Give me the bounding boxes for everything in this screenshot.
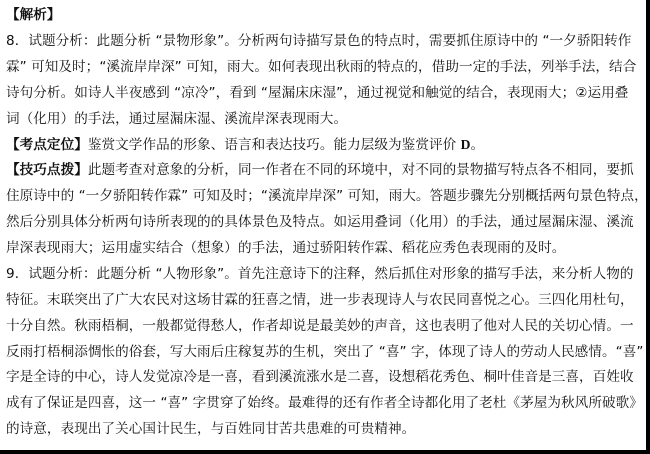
line-8: 住原诗中的 “一夕骄阳转作霖” 可知及时；“溪流岸岸深” 可知，雨大。答题步骤先… [6,184,642,210]
line-6: 【考点定位】鉴赏文学作品的形象、语言和表达技巧。能力层级为鉴赏评价 D。 [6,132,642,158]
section-header-jiexi: 【解析】 [6,7,61,23]
document-page: 【解析】 8．试题分析：此题分析 “景物形象”。分析两句诗描写景色的特点时，需要… [0,0,650,454]
line-14: 反雨打梧桐添惆怅的俗套，写大雨后庄稼复苏的生机，突出了 “喜” 字，体现了诗人的… [6,340,642,366]
line-11: 9．试题分析：此题分析 “人物形象”。首先注意诗下的注释，然后抓住对形象的描写手… [6,262,642,288]
line-9: 然后分别具体分析两句诗所表现的的具体景色及特点。如运用叠词（化用）的手法，通过屋… [6,210,642,236]
line-17: 的诗意，表现出了关心国计民生，与百姓同甘苦共患难的可贵精神。 [6,417,642,443]
line-5: 词（化用）的手法，通过屋漏床湿、溪流岸深表现雨大。 [6,107,642,133]
q8-analysis-text: 8．试题分析：此题分析 “景物形象”。分析两句诗描写景色的特点时，需要抓住原诗中… [6,33,631,49]
line-15: 字是全诗的中心，诗人发觉凉冷是一喜，看到溪流涨水是二喜，设想稻花秀色、桐叶佳音是… [6,365,642,391]
line-2: 8．试题分析：此题分析 “景物形象”。分析两句诗描写景色的特点时，需要抓住原诗中… [6,29,642,55]
ability-level-letter: D [461,137,471,152]
section-header-kaodian: 【考点定位】 [6,137,88,153]
line-12: 特征。末联突出了广大农民对这场甘霖的狂喜之情，进一步表现诗人与农民同喜悦之心。三… [6,288,642,314]
line-13: 十分自然。秋雨梧桐，一般都觉得愁人，作者却说是最美妙的声音，这也表明了他对人民的… [6,314,642,340]
q9-analysis-text: 9．试题分析：此题分析 “人物形象”。首先注意诗下的注释，然后抓住对形象的描写手… [6,266,634,282]
line-4: 诗句分析。如诗人半夜感到 “凉冷”，看到 “屋漏床床湿”，通过视觉和触觉的结合，… [6,81,642,107]
line-3: 霖” 可知及时；“溪流岸岸深” 可知，雨大。如何表现出秋雨的特点的，借助一定的手… [6,55,642,81]
section-header-jiqiao: 【技巧点拨】 [6,162,88,178]
answer-analysis-text: 【解析】 8．试题分析：此题分析 “景物形象”。分析两句诗描写景色的特点时，需要… [6,3,642,443]
line-16: 成有了保证是四喜，这一 “喜” 字贯穿了始终。最难得的还有作者全诗都化用了老杜《… [6,391,642,417]
line-10: 岸深表现雨大；运用虚实结合（想象）的手法，通过骄阳转作霖、稻花应秀色表现雨的及时… [6,236,642,262]
line-7: 【技巧点拨】此题考查对意象的分析，同一作者在不同的环境中，对不同的景物描写特点各… [6,158,642,184]
line-1: 【解析】 [6,3,642,29]
